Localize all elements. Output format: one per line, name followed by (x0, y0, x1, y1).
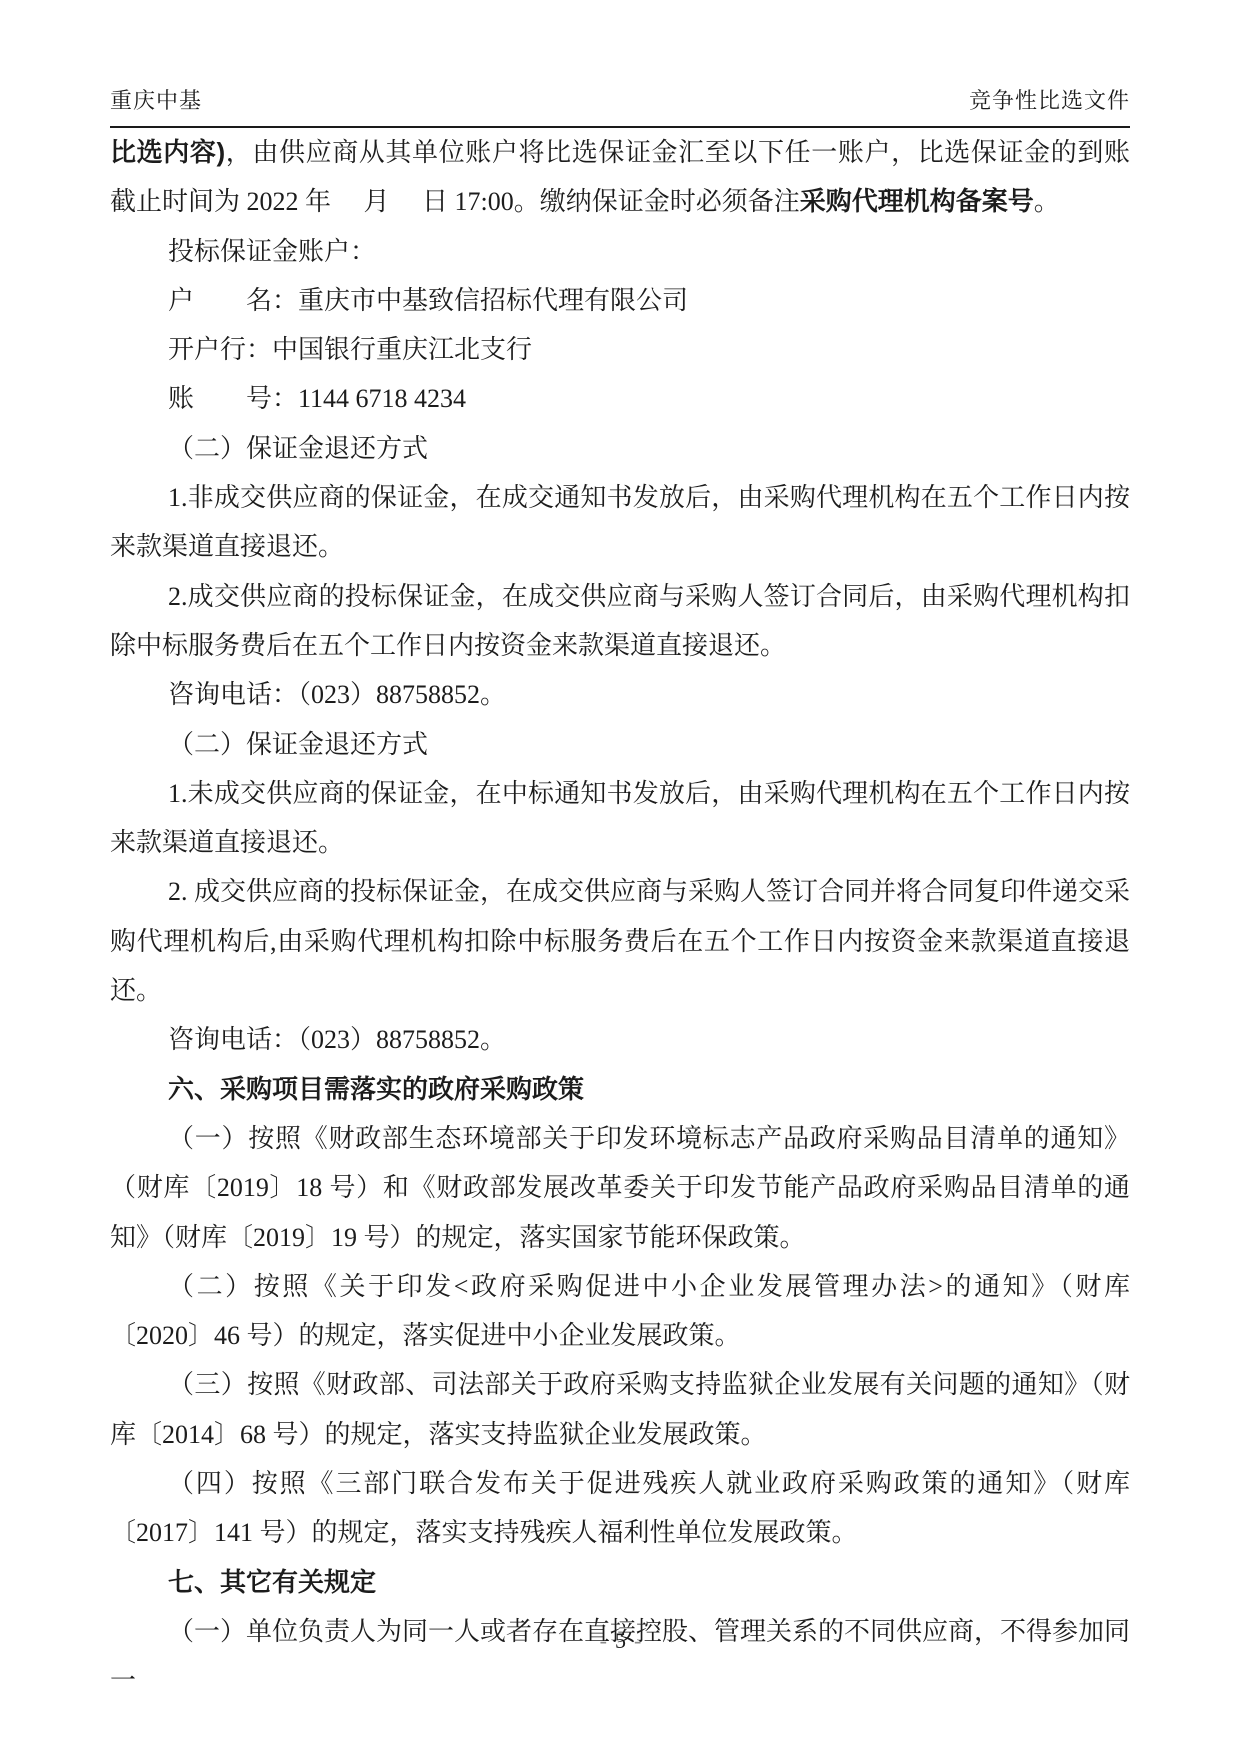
page-header: 重庆中基 竞争性比选文件 (110, 84, 1130, 115)
document-page: 重庆中基 竞争性比选文件 比选内容)，由供应商从其单位账户将比选保证金汇至以下任… (0, 0, 1241, 1755)
bold-text-run: 七、其它有关规定 (168, 1567, 376, 1597)
footer-left-dash: - (600, 1628, 607, 1653)
paragraph: 账 号：1144 6718 4234 (110, 374, 1130, 423)
paragraph: （二）按照《关于印发<政府采购促进中小企业发展管理办法>的通知》（财库〔2020… (110, 1262, 1130, 1361)
paragraph: 2.成交供应商的投标保证金，在成交供应商与采购人签订合同后，由采购代理机构扣除中… (110, 572, 1130, 671)
paragraph: 投标保证金账户： (110, 227, 1130, 276)
text-run: 账 号：1144 6718 4234 (168, 384, 466, 413)
bold-text-run: 采购代理机构备案号 (800, 186, 1034, 216)
page-number: 5 (615, 1628, 626, 1653)
paragraph: （一）单位负责人为同一人或者存在直接控股、管理关系的不同供应商，不得参加同一 (110, 1607, 1130, 1706)
text-run: （二）保证金退还方式 (168, 434, 428, 463)
bold-text-run: 比选内容) (110, 137, 225, 167)
header-left-text: 重庆中基 (110, 84, 202, 115)
paragraph: （二）保证金退还方式 (110, 424, 1130, 473)
document-body: 比选内容)，由供应商从其单位账户将比选保证金汇至以下任一账户，比选保证金的到账截… (110, 128, 1130, 1706)
paragraph: （四）按照《三部门联合发布关于促进残疾人就业政府采购政策的通知》（财库〔2017… (110, 1459, 1130, 1558)
text-run: （二）按照《关于印发<政府采购促进中小企业发展管理办法>的通知》（财库〔2020… (110, 1272, 1130, 1350)
text-run: 咨询电话：（023）88758852。 (168, 1025, 506, 1054)
paragraph: （二）保证金退还方式 (110, 720, 1130, 769)
paragraph: 1.未成交供应商的保证金，在中标通知书发放后，由采购代理机构在五个工作日内按来款… (110, 769, 1130, 868)
paragraph: 比选内容)，由供应商从其单位账户将比选保证金汇至以下任一账户，比选保证金的到账截… (110, 128, 1130, 227)
text-run: 开户行：中国银行重庆江北支行 (168, 335, 532, 364)
text-run: （三）按照《财政部、司法部关于政府采购支持监狱企业发展有关问题的通知》（财库〔2… (110, 1370, 1130, 1448)
bold-text-run: 六、采购项目需落实的政府采购政策 (168, 1074, 584, 1104)
text-run: （二）保证金退还方式 (168, 730, 428, 759)
paragraph: 2. 成交供应商的投标保证金，在成交供应商与采购人签订合同并将合同复印件递交采购… (110, 867, 1130, 1015)
text-run: （四）按照《三部门联合发布关于促进残疾人就业政府采购政策的通知》（财库〔2017… (110, 1469, 1130, 1547)
paragraph: 咨询电话：（023）88758852。 (110, 1015, 1130, 1064)
text-run: 户 名：重庆市中基致信招标代理有限公司 (168, 286, 688, 315)
paragraph: 户 名：重庆市中基致信招标代理有限公司 (110, 276, 1130, 325)
text-run: 投标保证金账户： (168, 237, 376, 266)
footer-right-dash: - (634, 1628, 641, 1653)
paragraph: 咨询电话：（023）88758852。 (110, 670, 1130, 719)
text-run: 2.成交供应商的投标保证金，在成交供应商与采购人签订合同后，由采购代理机构扣除中… (110, 582, 1130, 660)
text-run: 1.未成交供应商的保证金，在中标通知书发放后，由采购代理机构在五个工作日内按来款… (110, 779, 1130, 857)
section-heading: 六、采购项目需落实的政府采购政策 (110, 1065, 1130, 1114)
paragraph: （一）按照《财政部生态环境部关于印发环境标志产品政府采购品目清单的通知》（财库〔… (110, 1114, 1130, 1262)
section-heading: 七、其它有关规定 (110, 1558, 1130, 1607)
paragraph: 开户行：中国银行重庆江北支行 (110, 325, 1130, 374)
paragraph: （三）按照《财政部、司法部关于政府采购支持监狱企业发展有关问题的通知》（财库〔2… (110, 1360, 1130, 1459)
text-run: （一）按照《财政部生态环境部关于印发环境标志产品政府采购品目清单的通知》（财库〔… (110, 1124, 1130, 1252)
paragraph: 1.非成交供应商的保证金，在成交通知书发放后，由采购代理机构在五个工作日内按来款… (110, 473, 1130, 572)
text-run: 2. 成交供应商的投标保证金，在成交供应商与采购人签订合同并将合同复印件递交采购… (110, 877, 1130, 1005)
text-run: 1.非成交供应商的保证金，在成交通知书发放后，由采购代理机构在五个工作日内按来款… (110, 483, 1130, 561)
text-run: 咨询电话：（023）88758852。 (168, 680, 506, 709)
text-run: 。 (1034, 187, 1060, 216)
header-right-text: 竞争性比选文件 (969, 84, 1130, 115)
page-footer: -5- (0, 1628, 1241, 1654)
